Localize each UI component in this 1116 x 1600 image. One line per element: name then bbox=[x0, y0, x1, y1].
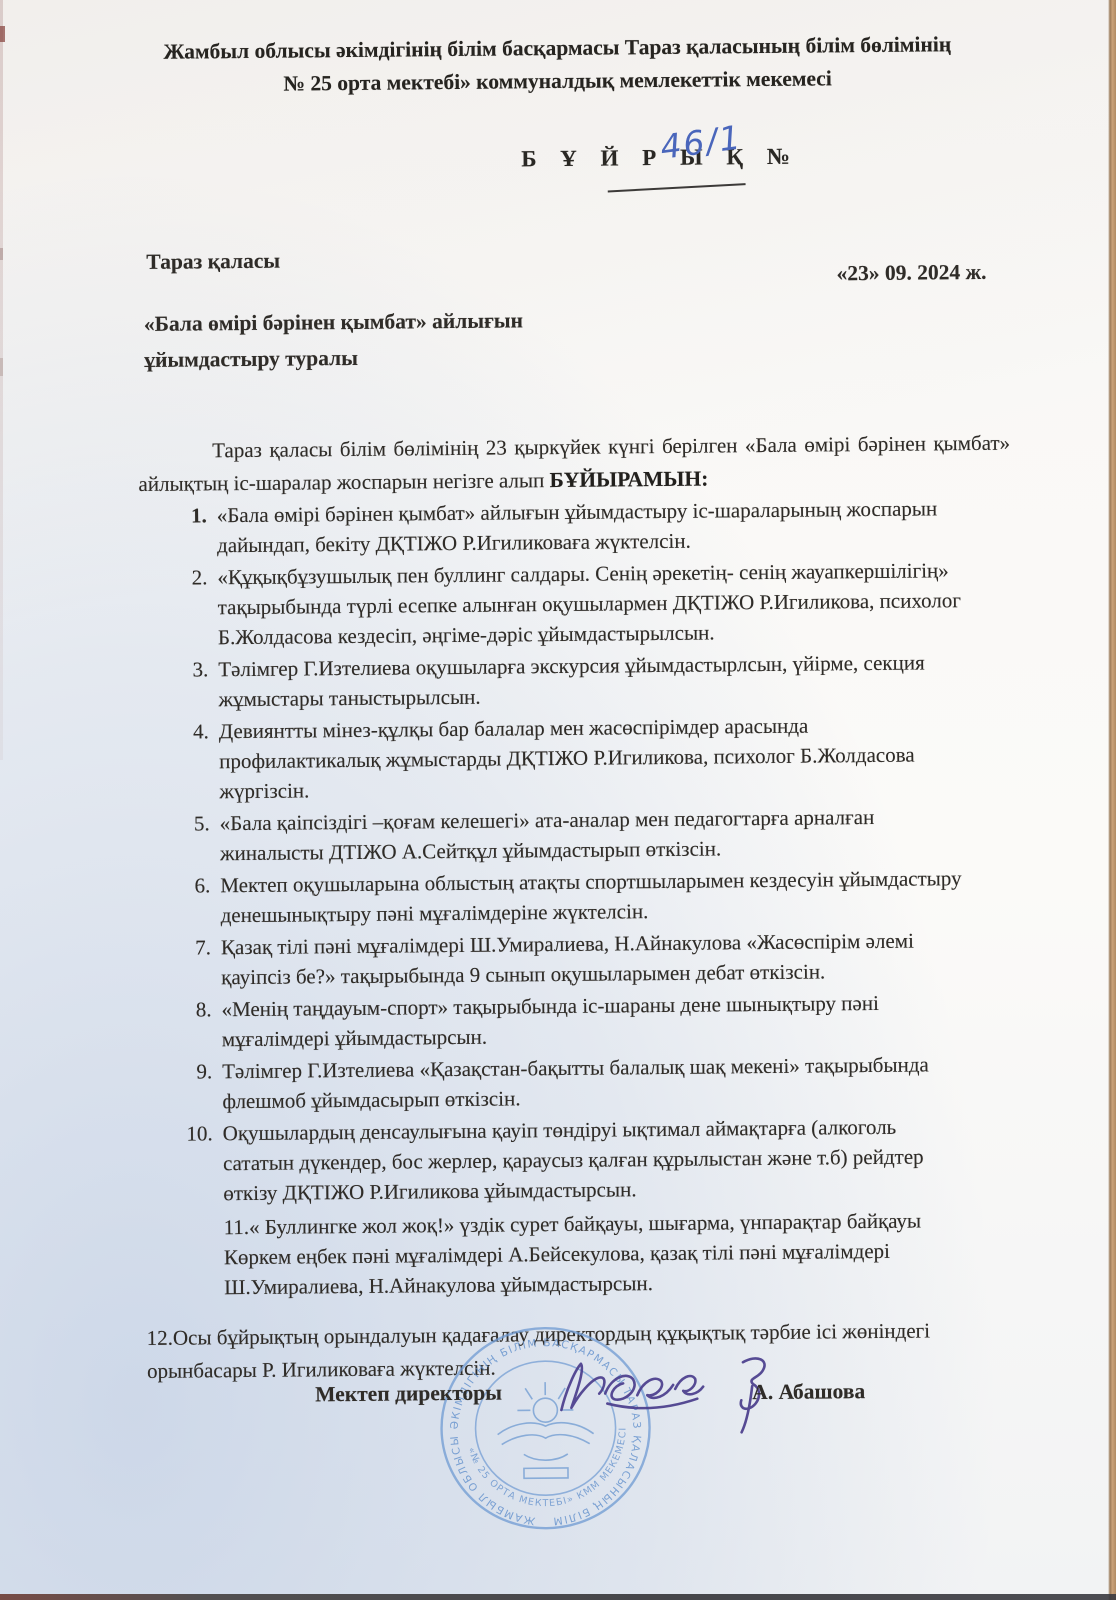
list-item: 6. Мектеп оқушыларына облыстың атақты сп… bbox=[170, 863, 1021, 931]
organization-header: Жамбыл облысы әкімдігінің білім басқарма… bbox=[82, 27, 1033, 102]
item-text: «Бала қаіпсіздігі –қоғам келешегі» ата-а… bbox=[220, 801, 1021, 869]
item-text: Тәлімгер Г.Изтелиева оқушыларға экскурси… bbox=[218, 647, 1019, 715]
item-number: 7. bbox=[171, 932, 212, 992]
item-number: 6. bbox=[170, 870, 211, 930]
list-item: 9. Тәлімгер Г.Изтелиева «Қазақстан-бақыт… bbox=[172, 1049, 1023, 1117]
item-number: 3. bbox=[168, 654, 209, 714]
preamble-paragraph: Тараз қаласы білім бөлімінің 23 қыркүйек… bbox=[138, 427, 1011, 501]
subject-line2: ұйымдастыру туралы bbox=[144, 338, 523, 378]
subject-line1: «Бала өмірі бәрінен қымбат» айлығын bbox=[144, 302, 523, 342]
order-items-list: 1. «Бала өмірі бәрінен қымбат» айлығын ұ… bbox=[167, 493, 1025, 1303]
list-item: 3. Тәлімгер Г.Изтелиева оқушыларға экску… bbox=[168, 647, 1019, 715]
scanned-order-document: Жамбыл облысы әкімдігінің білім басқарма… bbox=[0, 0, 1116, 1600]
item-text: «Менің таңдауым-спорт» тақырыбында іс-ша… bbox=[221, 987, 1022, 1055]
order-subject: «Бала өмірі бәрінен қымбат» айлығын ұйым… bbox=[144, 302, 524, 378]
list-item: 7. Қазақ тілі пәні мұғалімдері Ш.Умирали… bbox=[171, 925, 1022, 993]
scan-edge-left bbox=[0, 0, 3, 760]
item-text: Қазақ тілі пәні мұғалімдері Ш.Умиралиева… bbox=[221, 925, 1022, 993]
list-item: 5. «Бала қаіпсіздігі –қоғам келешегі» ат… bbox=[170, 801, 1021, 869]
scan-edge-right bbox=[1108, 0, 1116, 1600]
item-text: Тәлімгер Г.Изтелиева «Қазақстан-бақытты … bbox=[222, 1049, 1023, 1117]
item-number: 4. bbox=[169, 716, 210, 806]
item-number: 2. bbox=[167, 562, 208, 652]
emblem-base bbox=[524, 1454, 568, 1460]
item-text: «Құқықбұзушылық пен буллинг салдары. Сен… bbox=[217, 555, 1018, 653]
date-label: «23» 09. 2024 ж. bbox=[806, 260, 986, 287]
scan-speck bbox=[0, 358, 3, 376]
list-item: 4. Девиянтты мінез-құлқы бар балалар мен… bbox=[169, 709, 1020, 807]
item-text: Оқушылардың денсаулығына қауіп төндіруі … bbox=[223, 1111, 1024, 1209]
city-label: Тараз қаласы bbox=[146, 249, 280, 275]
signature-stroke bbox=[561, 1364, 605, 1410]
list-item: 1. «Бала өмірі бәрінен қымбат» айлығын ұ… bbox=[167, 493, 1018, 561]
item-11-paragraph: 11.« Буллингке жол жоқ!» үздік сурет бай… bbox=[223, 1205, 1024, 1303]
item-number: 5. bbox=[170, 808, 211, 868]
item-text: Мектеп оқушыларына облыстың атақты спорт… bbox=[220, 863, 1021, 931]
document-content: Жамбыл облысы әкімдігінің білім басқарма… bbox=[0, 0, 1116, 1600]
list-item: 2. «Құқықбұзушылық пен буллинг салдары. … bbox=[167, 555, 1018, 653]
signature-stroke bbox=[675, 1376, 703, 1395]
item-text: Девиянтты мінез-құлқы бар балалар мен жа… bbox=[219, 709, 1020, 807]
item-text: «Бала өмірі бәрінен қымбат» айлығын ұйым… bbox=[217, 493, 1018, 561]
signature-role-label: Мектеп директоры bbox=[315, 1381, 502, 1408]
list-item: 8. «Менің таңдауым-спорт» тақырыбында іс… bbox=[171, 987, 1022, 1055]
signature-name-label: А. Абашова bbox=[752, 1379, 865, 1405]
scan-speck bbox=[0, 26, 5, 42]
item-number: 8. bbox=[171, 994, 212, 1054]
decree-word: БҰЙЫРАМЫН: bbox=[549, 467, 708, 493]
item-number: 1. bbox=[167, 500, 208, 560]
scan-edge-bottom bbox=[0, 1594, 1116, 1600]
order-number-underline bbox=[608, 183, 746, 192]
signature-stroke bbox=[605, 1376, 635, 1400]
item-number: 10. bbox=[173, 1118, 214, 1208]
item-number: 9. bbox=[172, 1056, 213, 1116]
emblem-banner bbox=[524, 1468, 568, 1478]
list-item: 10. Оқушылардың денсаулығына қауіп төнді… bbox=[173, 1111, 1024, 1209]
signature-stroke bbox=[637, 1379, 673, 1398]
scan-speck bbox=[0, 248, 3, 260]
